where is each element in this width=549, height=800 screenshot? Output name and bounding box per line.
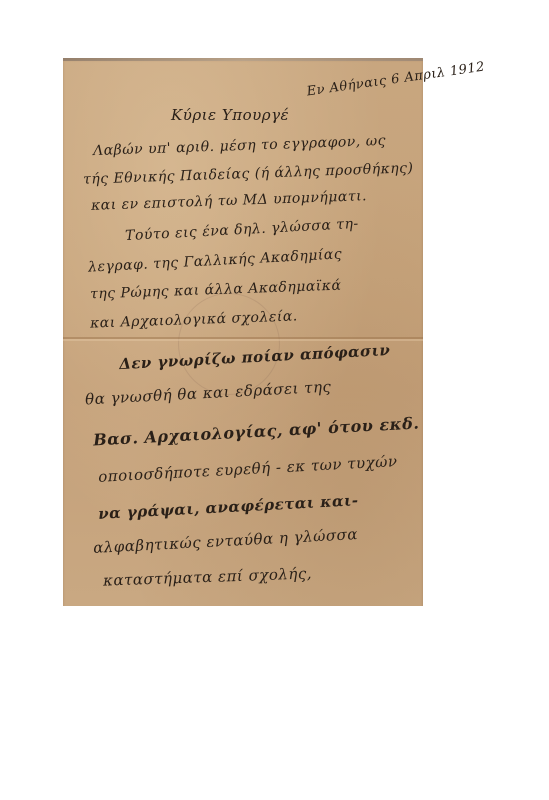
letter-line: αλφαβητικώς ενταύθα η γλώσσα	[93, 525, 359, 557]
letter-page: Εν Αθήναις 6 Απριλ 1912 Κύριε Υπουργέ Λα…	[63, 58, 423, 606]
faint-stamp-watermark	[178, 293, 280, 395]
letter-line: οποιοσδήποτε ευρεθή - εκ των τυχών	[98, 452, 398, 486]
letter-line: Τούτο εις ένα δηλ. γλώσσα τη-	[125, 216, 359, 244]
letter-line: Λαβών υπ' αριθ. μέση το εγγραφον, ως	[93, 133, 386, 159]
salutation: Κύριε Υπουργέ	[171, 106, 289, 124]
letter-line: και εν επιστολή τω ΜΔ υπομνήματι.	[91, 188, 367, 214]
letter-line: καταστήματα επί σχολής,	[103, 564, 313, 589]
letter-line: Βασ. Αρχαιολογίας, αφ' ότου εκδ.	[93, 413, 420, 449]
fold-crease-highlight	[63, 339, 423, 341]
letter-line: λεγραφ. της Γαλλικής Ακαδημίας	[88, 246, 343, 275]
letter-line: να γράψαι, αναφέρεται και-	[98, 491, 359, 523]
dateline: Εν Αθήναις 6 Απριλ 1912	[306, 60, 486, 100]
paper-top-edge	[63, 58, 423, 61]
letter-line: τής Εθνικής Παιδείας (ή άλλης προσθήκης)	[83, 160, 414, 188]
